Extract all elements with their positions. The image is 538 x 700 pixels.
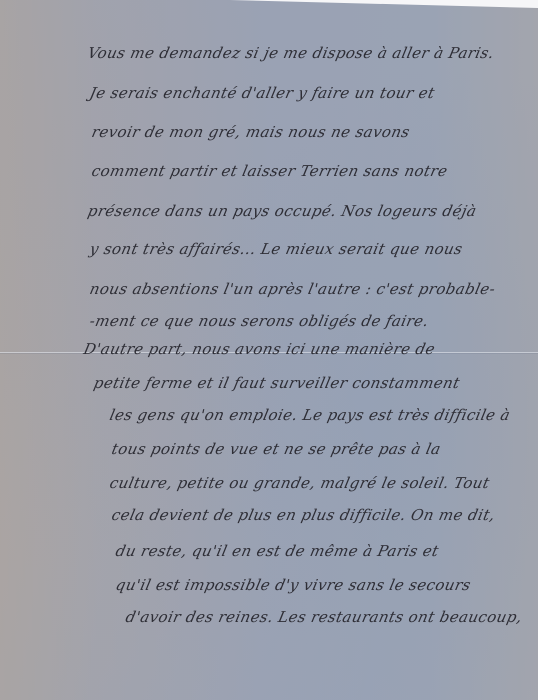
letter-line: -ment ce que nous serons obligés de fair…: [88, 312, 430, 330]
letter-line: Je serais enchanté d'aller y faire un to…: [88, 84, 436, 102]
letter-page: Vous me demandez si je me dispose à alle…: [0, 0, 538, 700]
letter-line: y sont très affairés... Le mieux serait …: [88, 240, 464, 258]
letter-line: Vous me demandez si je me dispose à alle…: [86, 44, 496, 62]
letter-line: D'autre part, nous avons ici une manière…: [82, 340, 437, 358]
letter-line: nous absentions l'un après l'autre : c'e…: [88, 280, 497, 298]
letter-line: tous points de vue et ne se prête pas à …: [110, 440, 443, 458]
letter-line: revoir de mon gré, mais nous ne savons: [90, 123, 411, 141]
letter-line: présence dans un pays occupé. Nos logeur…: [86, 202, 478, 220]
letter-line: les gens qu'on emploie. Le pays est très…: [108, 406, 512, 424]
letter-line: culture, petite ou grande, malgré le sol…: [108, 474, 491, 492]
letter-line: qu'il est impossible d'y vivre sans le s…: [114, 576, 473, 594]
letter-line: cela devient de plus en plus difficile. …: [110, 506, 497, 524]
letter-line: comment partir et laisser Terrien sans n…: [90, 162, 449, 180]
letter-line: du reste, qu'il en est de même à Paris e…: [114, 542, 440, 560]
letter-line: petite ferme et il faut surveiller const…: [92, 374, 462, 392]
letter-line: d'avoir des reines. Les restaurants ont …: [124, 608, 524, 626]
scan-edge-strip: [0, 0, 538, 8]
